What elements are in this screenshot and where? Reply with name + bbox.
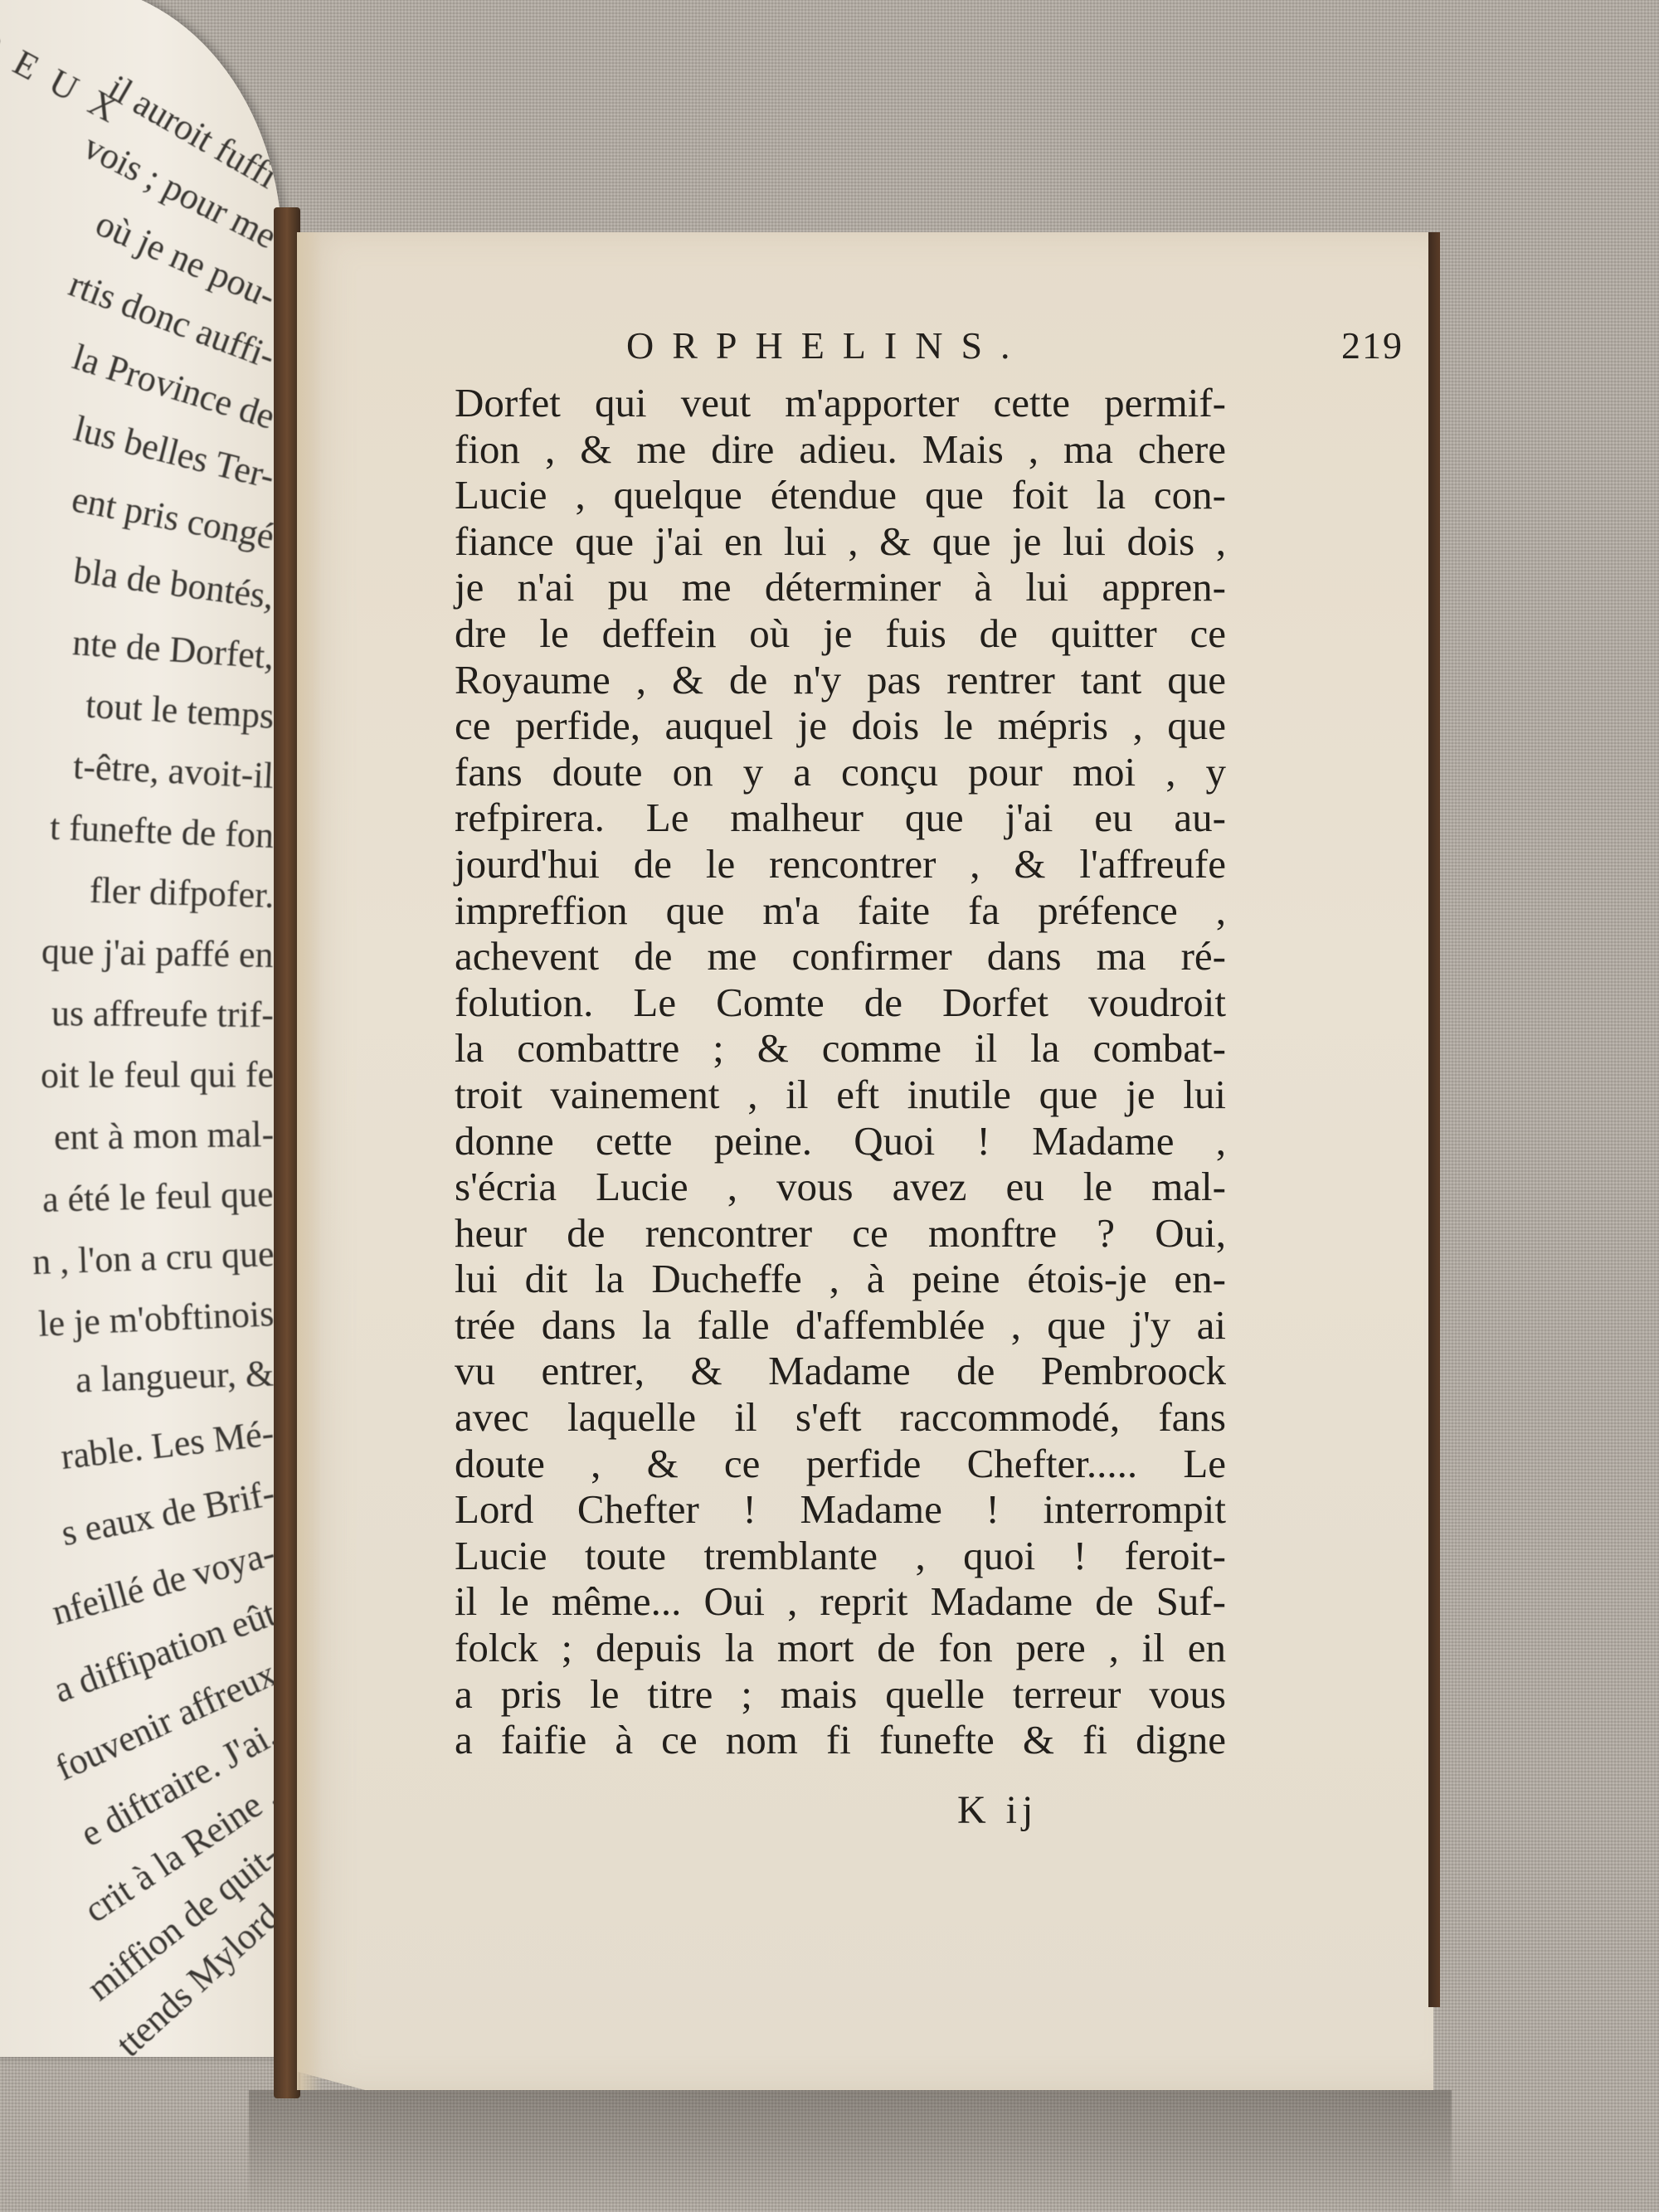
text-line: impreffion que m'a faite fa préfence , — [455, 887, 1226, 934]
text-line: Royaume , & de n'y pas rentrer tant que — [455, 657, 1226, 703]
text-line: heur de rencontrer ce monftre ? Oui, — [455, 1210, 1226, 1257]
text-line: fans doute on y a conçu pour moi , y — [455, 749, 1226, 795]
running-head: ORPHELINS. 219 — [622, 323, 1418, 367]
text-line: a pris le titre ; mais quelle terreur vo… — [455, 1671, 1226, 1718]
facing-text-line: a langueur, & — [75, 1352, 275, 1401]
facing-text-line: n , l'on a cru que — [32, 1232, 275, 1283]
text-line: a faifie à ce nom fi funefte & fi digne — [455, 1717, 1226, 1763]
text-line: avec laquelle il s'eft raccommodé, fans — [455, 1394, 1226, 1441]
text-line: Lucie , quelque étendue que foit la con- — [455, 472, 1226, 518]
facing-text-line: ent à mon mal- — [54, 1113, 275, 1159]
text-line: s'écria Lucie , vous avez eu le mal- — [455, 1164, 1226, 1210]
cover-edge — [1428, 232, 1440, 2007]
text-line: Lucie toute tremblante , quoi ! feroit- — [455, 1533, 1226, 1579]
text-line: fion , & me dire adieu. Mais , ma chere — [455, 426, 1226, 473]
facing-text-line: t-être, avoit-il — [72, 745, 275, 797]
facing-text-line: le je m'obftinois — [37, 1292, 275, 1345]
facing-text-line: rable. Les Mé- — [59, 1412, 276, 1478]
page-number: 219 — [1341, 323, 1404, 367]
text-line: folck ; depuis la mort de fon pere , il … — [455, 1625, 1226, 1671]
text-line: jourd'hui de le rencontrer , & l'affreuf… — [455, 841, 1226, 887]
facing-page-text: REUX il auroit fuffivois ; pour meoù je … — [0, 0, 282, 2057]
facing-text-line: us affreufe trif- — [51, 992, 274, 1036]
facing-text-line: bla de bontés, — [71, 549, 277, 618]
text-line: donne cette peine. Quoi ! Madame , — [455, 1118, 1226, 1164]
text-line: dre le deffein où je fuis de quitter ce — [455, 610, 1226, 657]
text-line: la combattre ; & comme il la combat- — [455, 1025, 1226, 1072]
text-line: lui dit la Ducheffe , à peine étois-je e… — [455, 1256, 1226, 1302]
facing-text-line: nte de Dorfet, — [71, 621, 275, 678]
text-line: il le même... Oui , reprit Madame de Suf… — [455, 1578, 1226, 1625]
text-line: achevent de me confirmer dans ma ré- — [455, 933, 1226, 980]
facing-page-left: REUX il auroit fuffivois ; pour meoù je … — [0, 0, 282, 2057]
facing-text-line: t funefte de fon — [49, 806, 275, 857]
text-line: vu entrer, & Madame de Pembroock — [455, 1348, 1226, 1394]
facing-text-line: oit le feul qui fe — [41, 1053, 274, 1096]
facing-text-line: que j'ai paffé en — [41, 930, 274, 976]
text-line: ce perfide, auquel je dois le mépris , q… — [455, 702, 1226, 749]
text-line: trée dans la falle d'affemblée , que j'y… — [455, 1302, 1226, 1349]
body-text: Dorfet qui veut m'apporter cette permif-… — [455, 380, 1226, 1763]
facing-text-line: tout le temps — [85, 684, 275, 737]
text-line: fiance que j'ai en lui , & que je lui do… — [455, 518, 1226, 565]
text-line: Dorfet qui veut m'apporter cette permif- — [455, 380, 1226, 426]
text-line: Lord Chefter ! Madame ! interrompit — [455, 1486, 1226, 1533]
text-line: je n'ai pu me déterminer à lui appren- — [455, 564, 1226, 610]
text-line: folution. Le Comte de Dorfet voudroit — [455, 980, 1226, 1026]
facing-text-line: a été le feul que — [42, 1173, 275, 1221]
signature-mark: K ij — [957, 1787, 1038, 1833]
running-title: ORPHELINS. — [626, 323, 1029, 367]
text-line: doute , & ce perfide Chefter..... Le — [455, 1441, 1226, 1487]
page-gutter-shade — [297, 232, 322, 2090]
facing-text-line: fler difpofer. — [89, 869, 275, 916]
text-line: refpirera. Le malheur que j'ai eu au- — [455, 795, 1226, 841]
text-line: troit vainement , il eft inutile que je … — [455, 1072, 1226, 1118]
cloth-shadow — [249, 2090, 1452, 2212]
